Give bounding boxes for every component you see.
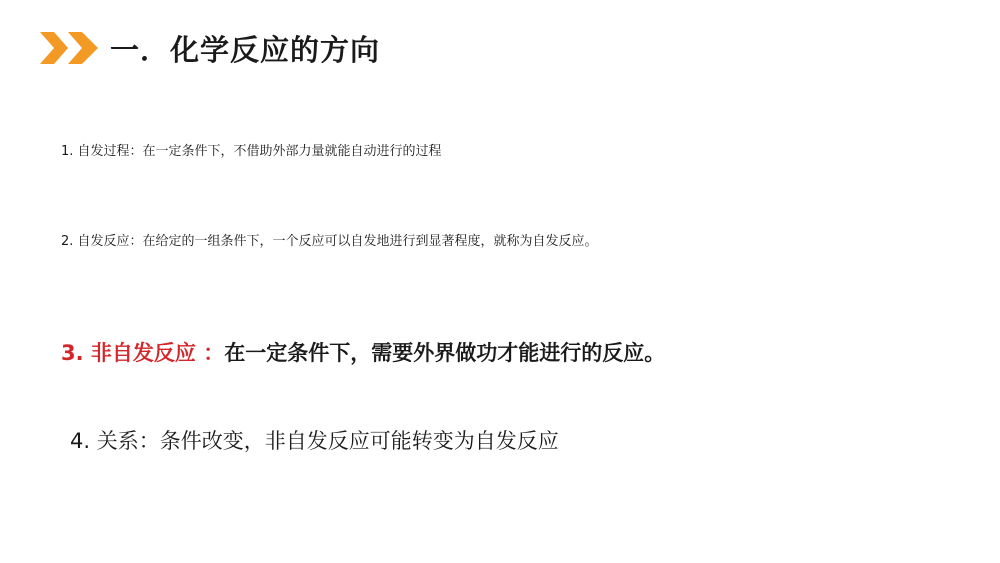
relationship-note: 4. 关系：条件改变，非自发反应可能转变为自发反应 [70, 425, 559, 455]
definition-spontaneous-process: 1. 自发过程：在一定条件下，不借助外部力量就能自动进行的过程 [61, 140, 442, 159]
definition-nonspontaneous-reaction: 3. 非自发反应 ：在一定条件下，需要外界做功才能进行的反应。 [61, 337, 665, 367]
section-header: 一．化学反应的方向 [40, 28, 380, 68]
definition-spontaneous-reaction: 2. 自发反应：在给定的一组条件下，一个反应可以自发地进行到显著程度，就称为自发… [61, 230, 598, 249]
highlight-label: 3. 非自发反应 ： [61, 341, 224, 365]
page-title: 一．化学反应的方向 [110, 28, 380, 69]
definition-text: 在一定条件下，需要外界做功才能进行的反应。 [224, 341, 665, 365]
double-chevron-right-icon [40, 32, 102, 64]
